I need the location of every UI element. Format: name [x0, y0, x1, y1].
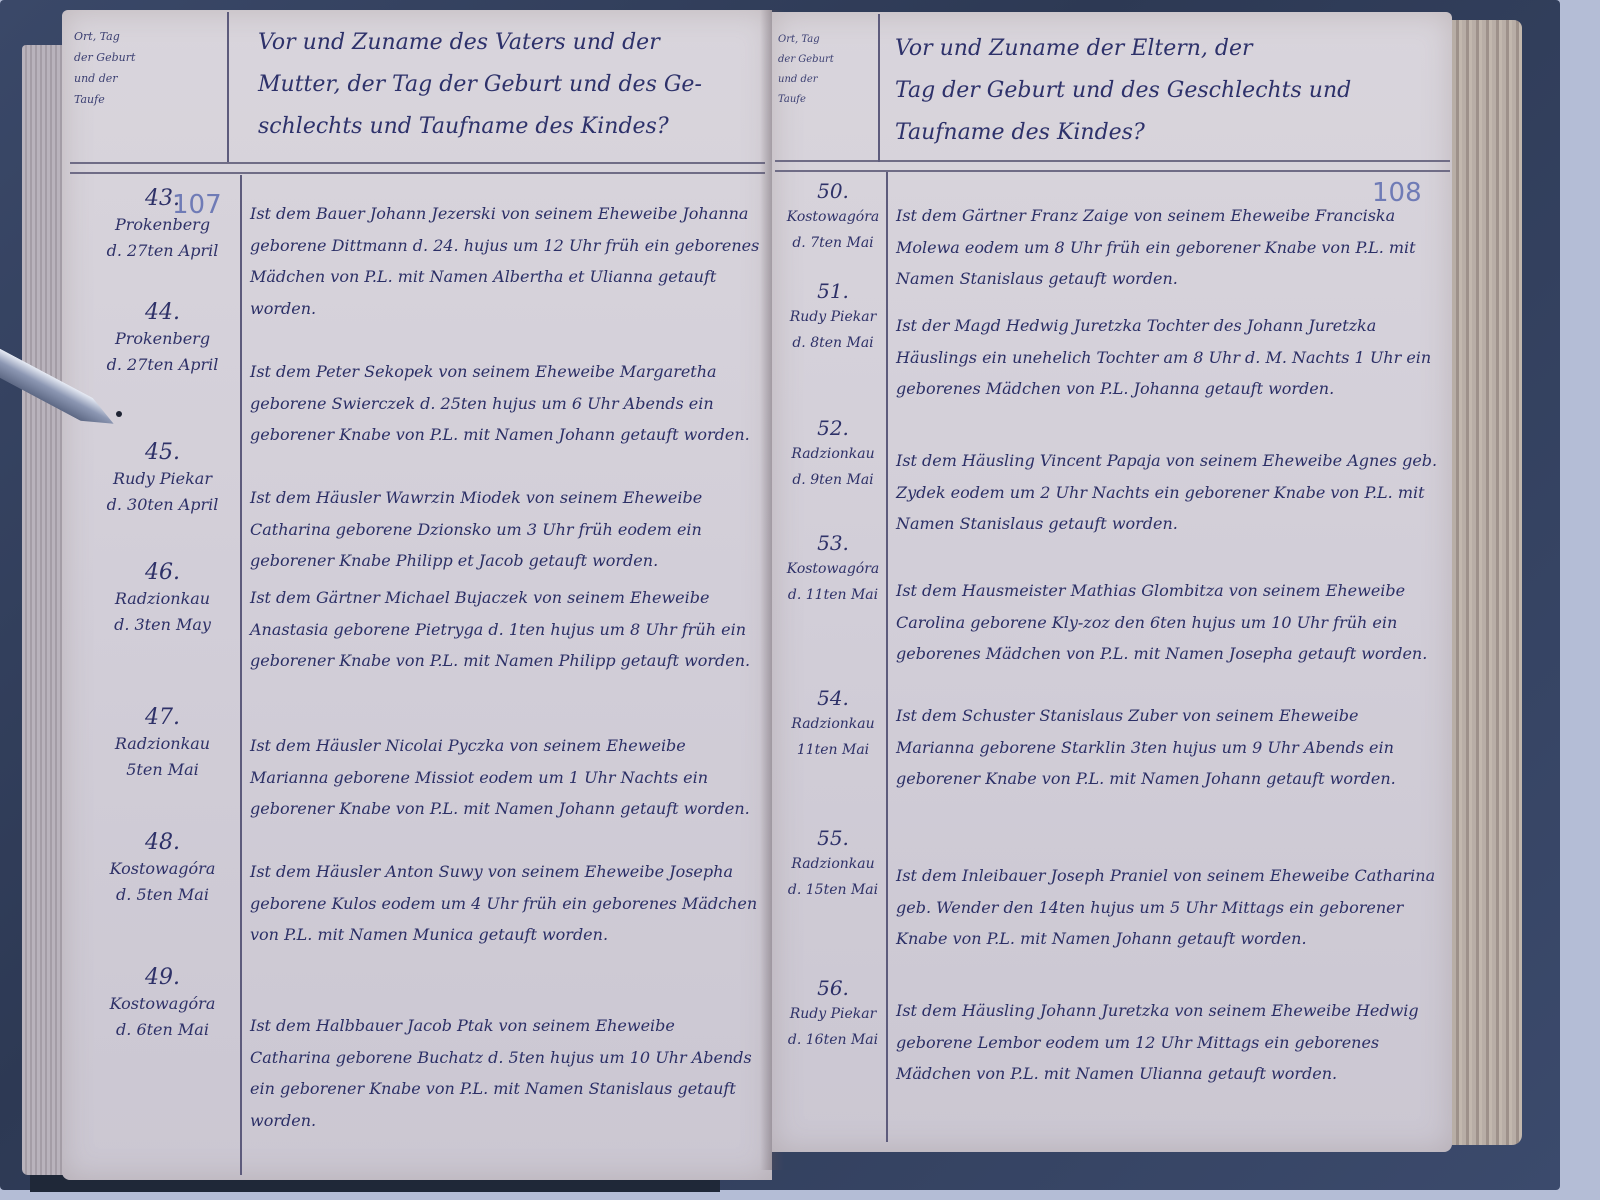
page-edges-right [1452, 20, 1522, 1145]
entry-text: Ist dem Peter Sekopek von seinem Eheweib… [250, 356, 760, 451]
entry-text: Ist dem Häusler Nicolai Pyczka von seine… [250, 730, 760, 825]
entry-meta: 47. Radzionkau 5ten Mai [90, 705, 235, 783]
header-rule [70, 162, 765, 164]
header-column-parents: Vor und Zuname der Eltern, der Tag der G… [895, 28, 1445, 154]
entry-text: Ist dem Schuster Stanislaus Zuber von se… [896, 700, 1441, 795]
entry-text: Ist dem Häusler Wawrzin Miodek von seine… [250, 482, 760, 577]
entry-text: Ist dem Halbbauer Jacob Ptak von seinem … [250, 1010, 760, 1136]
entry-meta: 55. Radzionkau d. 15ten Mai [778, 825, 888, 903]
entry-meta: 48. Kostowagóra d. 5ten Mai [90, 830, 235, 908]
column-rule [227, 12, 229, 162]
entry-meta: 45. Rudy Piekar d. 30ten April [90, 440, 235, 518]
column-rule [878, 14, 880, 162]
header-rule [70, 172, 765, 174]
entry-meta: 49. Kostowagóra d. 6ten Mai [90, 965, 235, 1043]
entry-meta: 44. Prokenberg d. 27ten April [90, 300, 235, 378]
entry-text: Ist dem Häusler Anton Suwy von seinem Eh… [250, 856, 760, 951]
header-column-place-date: Ort, Tag der Geburt und der Taufe [778, 30, 878, 110]
entry-text: Ist dem Hausmeister Mathias Glombitza vo… [896, 575, 1441, 670]
entry-text: Ist dem Häusling Johann Juretzka von sei… [896, 995, 1441, 1090]
entry-text: Ist dem Gärtner Franz Zaige von seinem E… [896, 200, 1441, 295]
header-column-parents: Vor und Zuname des Vaters und der Mutter… [258, 22, 763, 148]
page-edges-left [22, 45, 64, 1175]
entry-meta: 54. Radzionkau 11ten Mai [778, 685, 888, 763]
header-column-place-date: Ort, Tag der Geburt und der Taufe [74, 26, 224, 110]
entry-meta: 46. Radzionkau d. 3ten May [90, 560, 235, 638]
entry-text: Ist dem Gärtner Michael Bujaczek von sei… [250, 582, 760, 677]
entry-text: Ist dem Inleibauer Joseph Praniel von se… [896, 860, 1441, 955]
pen-tip [116, 411, 122, 417]
entry-text: Ist dem Bauer Johann Jezerski von seinem… [250, 198, 760, 324]
entry-meta: 53. Kostowagóra d. 11ten Mai [778, 530, 888, 608]
entry-text: Ist dem Häusling Vincent Papaja von sein… [896, 445, 1441, 540]
entry-meta: 51. Rudy Piekar d. 8ten Mai [778, 278, 888, 356]
entry-text: Ist der Magd Hedwig Juretzka Tochter des… [896, 310, 1441, 405]
header-rule [775, 160, 1450, 162]
entry-meta: 56. Rudy Piekar d. 16ten Mai [778, 975, 888, 1053]
entry-meta: 43. Prokenberg d. 27ten April [90, 186, 235, 264]
header-rule [775, 170, 1450, 172]
entry-meta: 52. Radzionkau d. 9ten Mai [778, 415, 888, 493]
column-rule [240, 175, 242, 1175]
entry-meta: 50. Kostowagóra d. 7ten Mai [778, 178, 888, 256]
